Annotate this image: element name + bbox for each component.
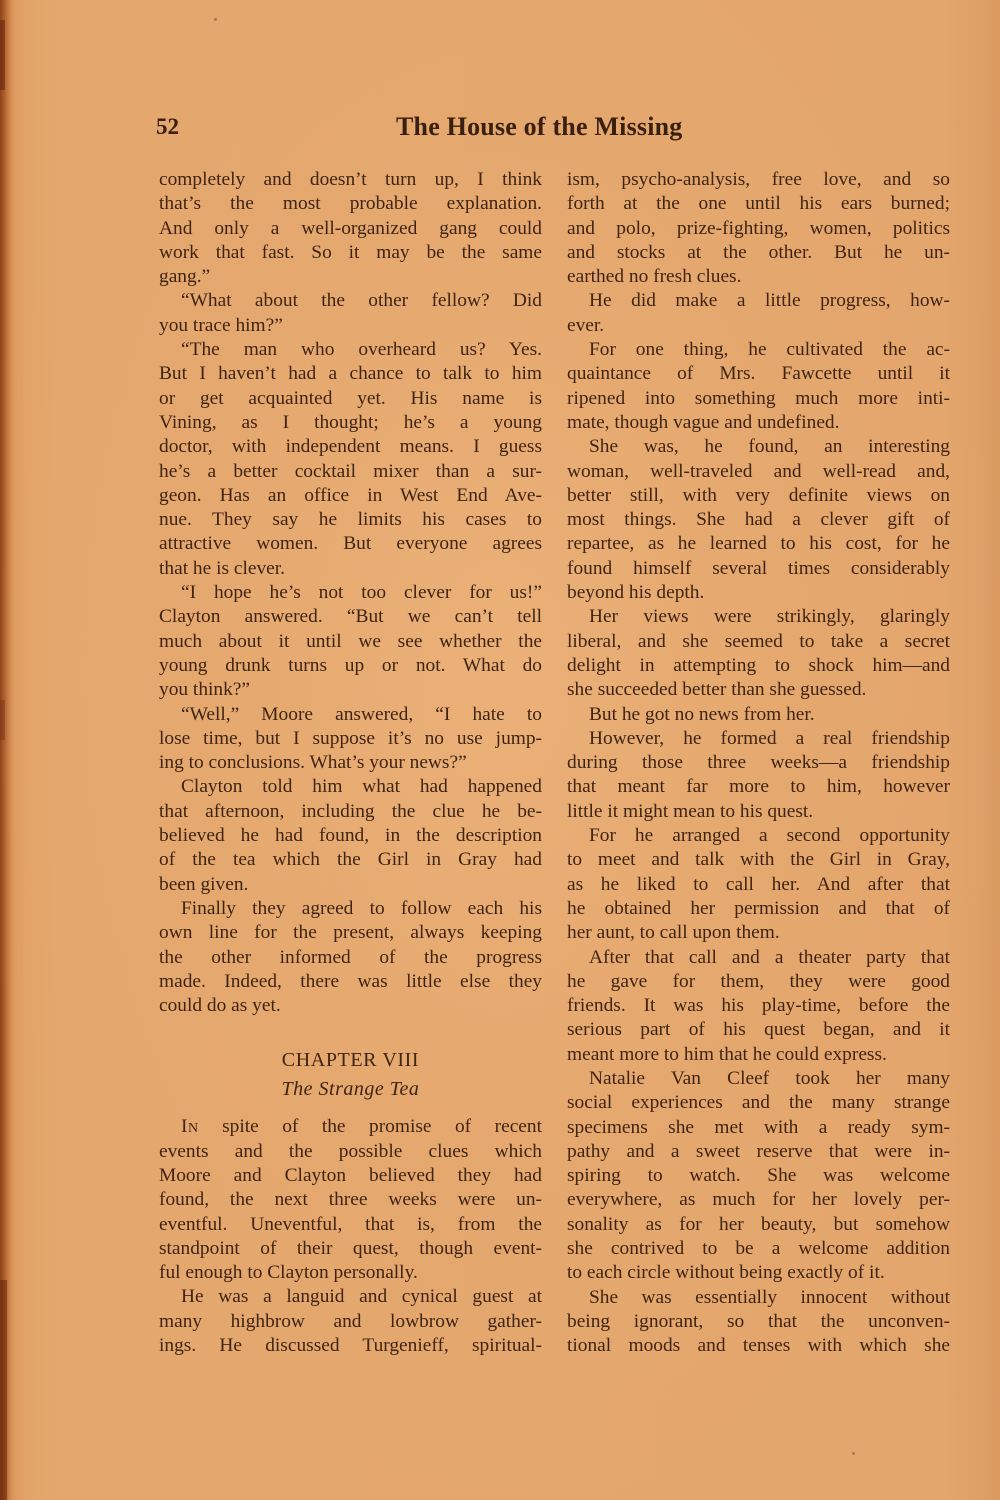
text-line: he obtained her permission and that of <box>567 897 950 921</box>
right-column: ism, psycho-analysis, free love, and sof… <box>567 168 950 1359</box>
text-line: been given. <box>159 873 542 897</box>
text-line: you trace him?” <box>159 314 542 338</box>
text-line: most things. She had a clever gift of <box>567 508 950 532</box>
text-line: spiring to watch. She was welcome <box>567 1164 950 1188</box>
text-line: little it might mean to his quest. <box>567 800 950 824</box>
text-line: or get acquainted yet. His name is <box>159 387 542 411</box>
text-line: specimens she met with a ready sym- <box>567 1116 950 1140</box>
text-line: quaintance of Mrs. Fawcette until it <box>567 362 950 386</box>
text-line: But he got no news from her. <box>567 703 950 727</box>
chapter-heading: CHAPTER VIII <box>159 1045 542 1075</box>
text-line: liberal, and she seemed to take a secret <box>567 630 950 654</box>
text-line: nue. They say he limits his cases to <box>159 508 542 532</box>
paper-speck <box>214 18 217 21</box>
text-line: to each circle without being exactly of … <box>567 1261 950 1285</box>
text-line: you think?” <box>159 678 542 702</box>
text-line: to meet and talk with the Girl in Gray, <box>567 848 950 872</box>
text-line: Clayton told him what had happened <box>159 775 542 799</box>
text-line: He was a languid and cynical guest at <box>159 1285 542 1309</box>
text-line: For he arranged a second opportunity <box>567 824 950 848</box>
page-number: 52 <box>156 114 179 140</box>
page-edge-stain <box>0 1280 7 1500</box>
text-line: geon. Has an office in West End Ave- <box>159 484 542 508</box>
text-line: But I haven’t had a chance to talk to hi… <box>159 362 542 386</box>
text-line: that’s the most probable explanation. <box>159 192 542 216</box>
text-line: better still, with very definite views o… <box>567 484 950 508</box>
text-line: mate, though vague and undefined. <box>567 411 950 435</box>
text-line: many highbrow and lowbrow gather- <box>159 1310 542 1334</box>
text-line: ings. He discussed Turgenieff, spiritual… <box>159 1334 542 1358</box>
text-line: Her views were strikingly, glaringly <box>567 605 950 629</box>
text-line: Clayton answered. “But we can’t tell <box>159 605 542 629</box>
text-line: Vining, as I thought; he’s a young <box>159 411 542 435</box>
page-edge-stain <box>0 20 5 90</box>
text-line: attractive women. But everyone agrees <box>159 532 542 556</box>
text-line: woman, well-traveled and well-read and, <box>567 460 950 484</box>
text-line: serious part of his quest began, and it <box>567 1018 950 1042</box>
text-line: ism, psycho-analysis, free love, and so <box>567 168 950 192</box>
text-line: He did make a little progress, how- <box>567 289 950 313</box>
chapter-opening-line: In spite of the promise of recent <box>159 1115 542 1139</box>
left-column-text-after-chapter: events and the possible clues whichMoore… <box>159 1140 542 1359</box>
text-line: of the tea which the Girl in Gray had <box>159 848 542 872</box>
text-line: delight in attempting to shock him—and <box>567 654 950 678</box>
paper-speck <box>852 1452 855 1455</box>
text-line: sonality as for her beauty, but somehow <box>567 1213 950 1237</box>
text-line: ever. <box>567 314 950 338</box>
left-column-text-before-chapter: completely and doesn’t turn up, I thinkt… <box>159 168 542 1018</box>
text-line: tional moods and tenses with which she <box>567 1334 950 1358</box>
text-line: Finally they agreed to follow each his <box>159 897 542 921</box>
text-line: found, the next three weeks were un- <box>159 1188 542 1212</box>
text-line: he gave for them, they were good <box>567 970 950 994</box>
text-line: forth at the one until his ears burned; <box>567 192 950 216</box>
text-line: that meant far more to him, however <box>567 775 950 799</box>
text-line: earthed no fresh clues. <box>567 265 950 289</box>
page-edge-stain <box>0 700 5 740</box>
text-line: and polo, prize-fighting, women, politic… <box>567 217 950 241</box>
text-line: social experiences and the many strange <box>567 1091 950 1115</box>
left-column: completely and doesn’t turn up, I thinkt… <box>159 168 542 1358</box>
text-line: repartee, as he learned to his cost, for… <box>567 532 950 556</box>
text-line: made. Indeed, there was little else they <box>159 970 542 994</box>
text-line: lose time, but I suppose it’s no use jum… <box>159 727 542 751</box>
text-line: ripened into something much more inti- <box>567 387 950 411</box>
text-line: eventful. Uneventful, that is, from the <box>159 1213 542 1237</box>
text-line: own line for the present, always keeping <box>159 921 542 945</box>
text-line: young drunk turns up or not. What do <box>159 654 542 678</box>
text-line: gang.” <box>159 265 542 289</box>
text-line: she succeeded better than she guessed. <box>567 678 950 702</box>
text-line: found himself several times considerably <box>567 557 950 581</box>
text-line: everywhere, as much for her lovely per- <box>567 1188 950 1212</box>
text-line: However, he formed a real friendship <box>567 727 950 751</box>
text-line: believed he had found, in the descriptio… <box>159 824 542 848</box>
text-line: meant more to him that he could express. <box>567 1043 950 1067</box>
text-line: as he liked to call her. And after that <box>567 873 950 897</box>
text-line: “The man who overheard us? Yes. <box>159 338 542 362</box>
text-line: doctor, with independent means. I guess <box>159 435 542 459</box>
text-line: he’s a better cocktail mixer than a sur- <box>159 460 542 484</box>
text-line: “What about the other fellow? Did <box>159 289 542 313</box>
text-line: pathy and a sweet reserve that were in- <box>567 1140 950 1164</box>
text-line: She was essentially innocent without <box>567 1286 950 1310</box>
chapter-opening-text: spite of the promise of recent <box>199 1116 542 1137</box>
text-line: work that fast. So it may be the same <box>159 241 542 265</box>
text-line: friends. It was his play-time, before th… <box>567 994 950 1018</box>
text-line: and stocks at the other. But he un- <box>567 241 950 265</box>
text-line: her aunt, to call upon them. <box>567 921 950 945</box>
chapter-dropcap: In <box>181 1116 199 1137</box>
text-line: the other informed of the progress <box>159 946 542 970</box>
text-line: Natalie Van Cleef took her many <box>567 1067 950 1091</box>
text-line: could do as yet. <box>159 994 542 1018</box>
text-line: beyond his depth. <box>567 581 950 605</box>
page-spine-shadow <box>0 0 12 1500</box>
text-line: Moore and Clayton believed they had <box>159 1164 542 1188</box>
text-line: She was, he found, an interesting <box>567 435 950 459</box>
text-line: completely and doesn’t turn up, I think <box>159 168 542 192</box>
text-line: she contrived to be a welcome addition <box>567 1237 950 1261</box>
text-line: “Well,” Moore answered, “I hate to <box>159 703 542 727</box>
text-line: And only a well-organized gang could <box>159 217 542 241</box>
text-line: during those three weeks—a friendship <box>567 751 950 775</box>
text-line: being ignorant, so that the unconven- <box>567 1310 950 1334</box>
running-head: 52 The House of the Missing <box>156 114 956 146</box>
right-column-text: ism, psycho-analysis, free love, and sof… <box>567 168 950 1359</box>
text-line: ful enough to Clayton personally. <box>159 1261 542 1285</box>
text-line: For one thing, he cultivated the ac- <box>567 338 950 362</box>
running-title: The House of the Missing <box>396 112 682 142</box>
text-line: that afternoon, including the clue he be… <box>159 800 542 824</box>
text-line: that he is clever. <box>159 557 542 581</box>
text-line: After that call and a theater party that <box>567 946 950 970</box>
text-line: much about it until we see whether the <box>159 630 542 654</box>
text-line: standpoint of their quest, though event- <box>159 1237 542 1261</box>
text-line: “I hope he’s not too clever for us!” <box>159 581 542 605</box>
chapter-subtitle: The Strange Tea <box>159 1075 542 1111</box>
text-line: ing to conclusions. What’s your news?” <box>159 751 542 775</box>
text-line: events and the possible clues which <box>159 1140 542 1164</box>
